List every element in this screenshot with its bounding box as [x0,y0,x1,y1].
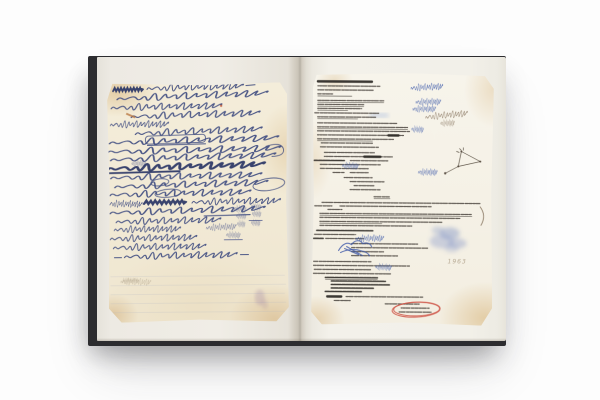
script-line [192,196,281,206]
red-oval-annotation [392,301,441,319]
ink-smudge [255,289,268,309]
script-line [206,222,237,232]
script-line [111,101,222,111]
typescript-artwork: 1963 [311,72,494,325]
text-line [320,217,460,218]
script-line [131,109,260,121]
script-line [412,105,435,113]
text-line [318,123,398,124]
scribble-blob [144,200,186,204]
script-line [135,125,262,138]
scribble-blob [113,88,143,92]
text-line [320,225,412,226]
text-line [246,85,255,86]
text-line [317,139,393,140]
script-line [110,120,169,129]
photo-backdrop: 1963 [0,0,600,400]
script-line [108,200,142,208]
text-line [111,275,285,277]
script-line [234,205,246,212]
pencil-inscription: 1963 [447,258,466,265]
text-line [320,221,442,222]
script-line [113,242,206,252]
script-line [114,224,181,233]
script-line [416,97,441,105]
script-line [108,160,265,173]
text-line [322,202,480,203]
text-line [318,102,384,103]
text-line [111,284,286,286]
text-line [352,244,418,245]
script-line [375,263,391,270]
typescript-page: 1963 [311,72,494,325]
text-line [313,273,391,274]
text-line [352,248,428,249]
script-line [116,215,221,225]
text-line [340,206,432,207]
triangle-sketch [444,147,481,174]
script-line [412,126,424,133]
script-line [124,250,237,260]
margin-paren [480,207,484,226]
script-line [115,178,268,191]
text-line [111,311,285,313]
script-line [110,233,197,243]
text-line [345,297,423,298]
text-line [318,100,384,101]
handwriting-artwork [107,82,289,323]
script-line [425,109,468,121]
text-line [313,265,409,266]
script-line [226,231,240,238]
script-line [252,210,261,217]
text-line [320,215,472,216]
script-line [418,168,437,176]
text-line [315,113,379,114]
script-line [411,82,444,92]
text-line [318,129,408,130]
handwritten-manuscript-page [107,82,289,323]
ink-blot [430,226,467,252]
text-line [318,131,410,132]
script-line [107,144,280,156]
text-line [318,127,408,128]
text-line [320,213,472,214]
book-gutter [288,57,312,341]
text-line [324,156,392,157]
script-line [236,212,246,219]
script-line [440,119,455,127]
text-line [108,171,180,173]
script-line [237,220,245,227]
open-book: 1963 [88,56,506,346]
